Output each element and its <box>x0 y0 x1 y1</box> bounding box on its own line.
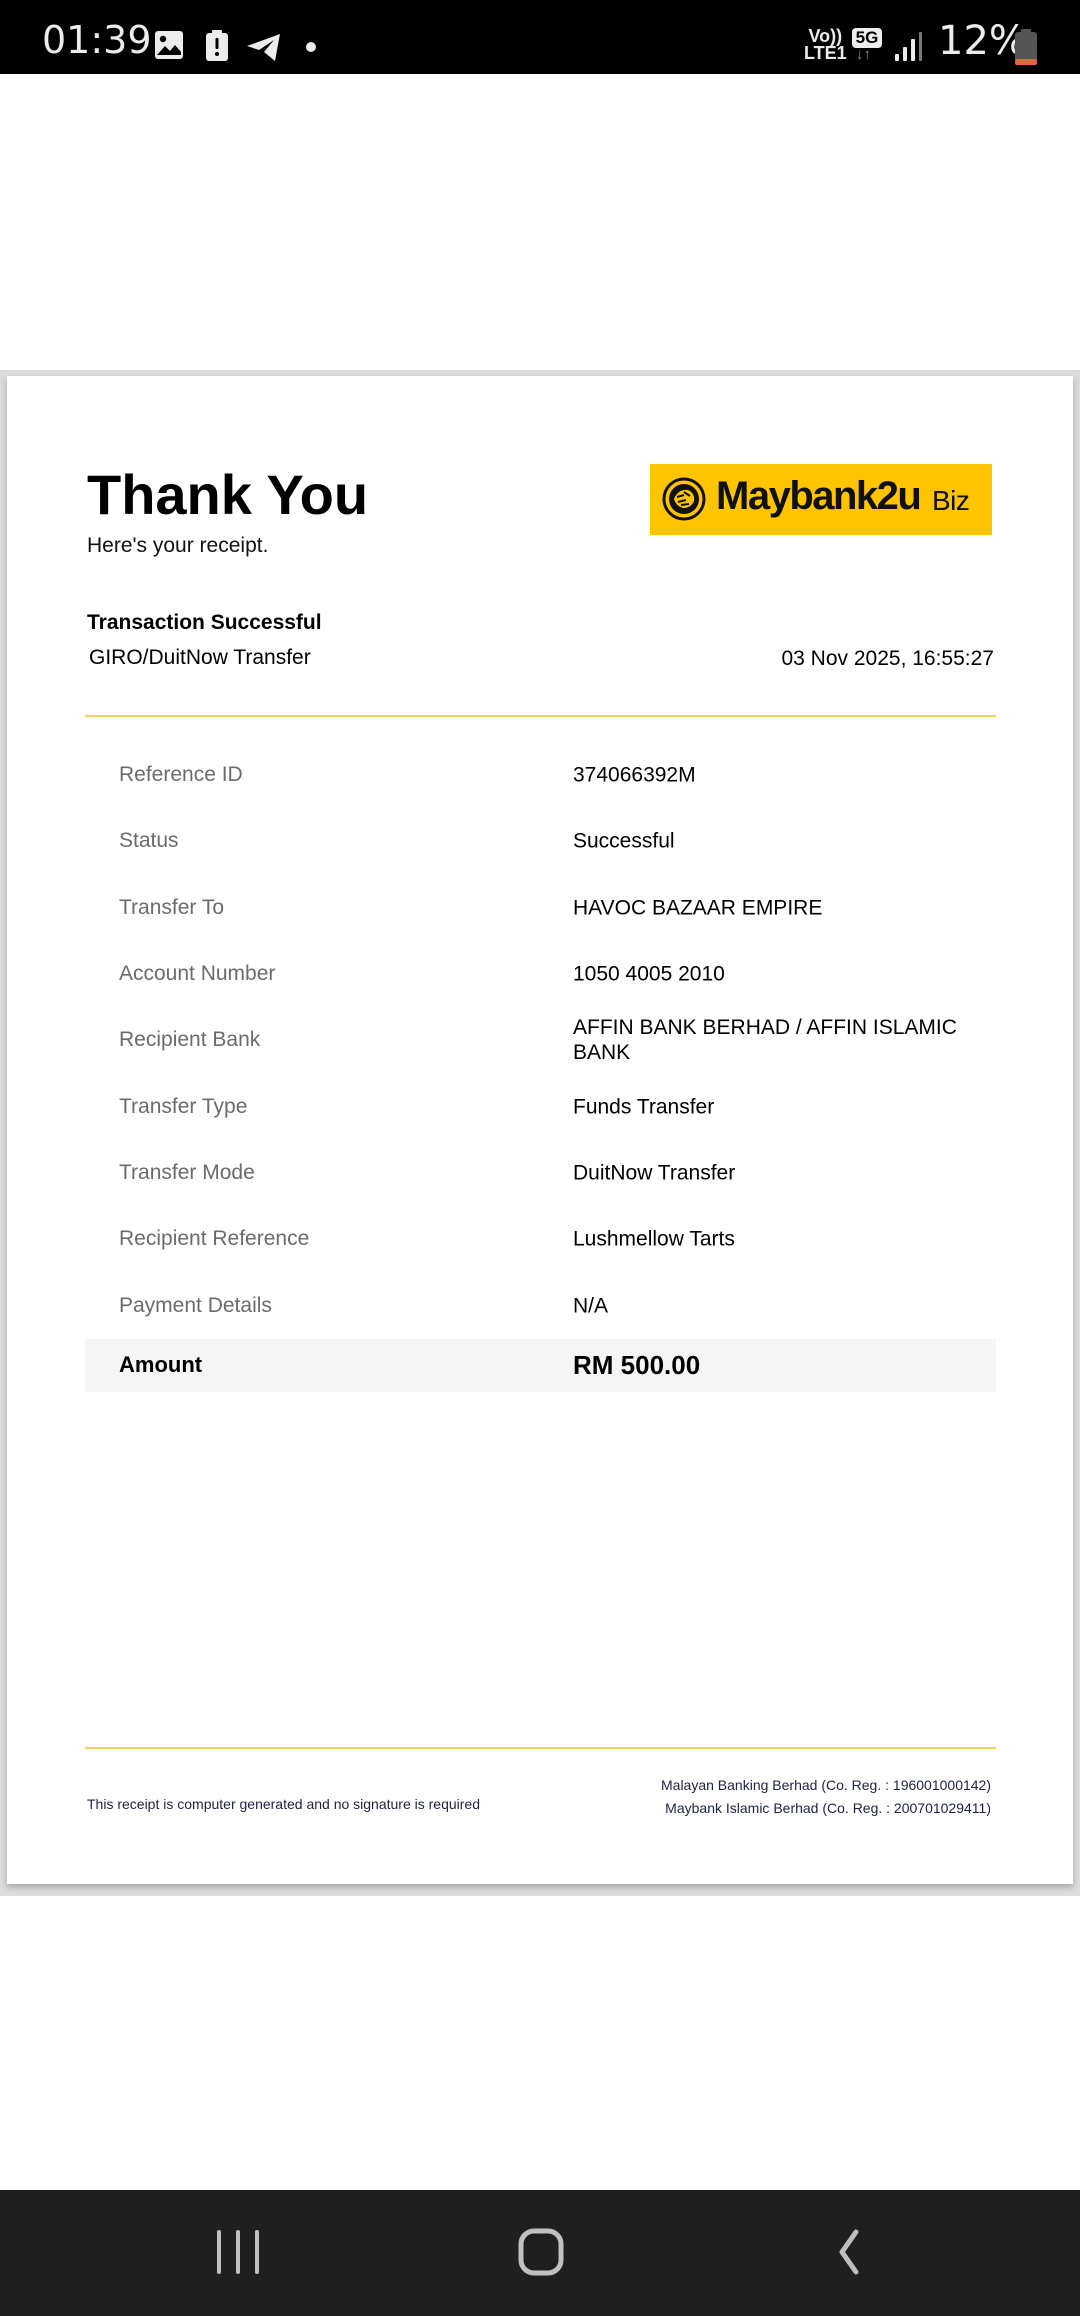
detail-row-transfer-mode: Transfer Mode DuitNow Transfer <box>85 1140 996 1206</box>
detail-value: Lushmellow Tarts <box>573 1227 983 1252</box>
detail-value: 1050 4005 2010 <box>573 962 983 987</box>
recents-button[interactable] <box>178 2190 298 2316</box>
detail-row-transfer-type: Transfer Type Funds Transfer <box>85 1073 996 1139</box>
detail-value: HAVOC BAZAAR EMPIRE <box>573 895 983 920</box>
footer-company-info: Malayan Banking Berhad (Co. Reg. : 19600… <box>661 1774 991 1820</box>
detail-label: Account Number <box>119 962 275 986</box>
transaction-type: GIRO/DuitNow Transfer <box>89 646 311 670</box>
detail-value: Funds Transfer <box>573 1094 983 1119</box>
detail-value: 374066392M <box>573 763 983 788</box>
detail-value: AFFIN BANK BERHAD / AFFIN ISLAMIC BANK <box>573 1015 983 1065</box>
amount-label: Amount <box>119 1352 202 1378</box>
detail-label: Transfer Mode <box>119 1161 255 1185</box>
navigation-bar <box>0 2190 1080 2316</box>
transaction-datetime: 03 Nov 2025, 16:55:27 <box>781 647 994 671</box>
page-subtitle: Here's your receipt. <box>87 534 268 558</box>
details-table: Reference ID 374066392M Status Successfu… <box>85 742 996 1339</box>
detail-row-status: Status Successful <box>85 808 996 874</box>
page-title: Thank You <box>87 462 368 527</box>
home-button[interactable] <box>481 2190 601 2316</box>
battery-alert-icon <box>205 30 229 67</box>
detail-label: Recipient Reference <box>119 1227 309 1251</box>
detail-label: Reference ID <box>119 763 243 787</box>
back-button[interactable] <box>785 2190 905 2316</box>
telegram-icon <box>246 32 282 67</box>
recents-icon <box>178 2303 298 2316</box>
data-activity-icon: ↓↑ <box>856 48 871 62</box>
detail-row-transfer-to: Transfer To HAVOC BAZAAR EMPIRE <box>85 875 996 941</box>
company-registration-2: Maybank Islamic Berhad (Co. Reg. : 20070… <box>661 1797 991 1820</box>
home-icon <box>481 2303 601 2316</box>
footer-disclaimer: This receipt is computer generated and n… <box>87 1796 480 1812</box>
detail-row-account-number: Account Number 1050 4005 2010 <box>85 941 996 1007</box>
detail-value: N/A <box>573 1293 983 1318</box>
clock: 01:39 <box>42 18 152 62</box>
detail-label: Transfer To <box>119 896 224 920</box>
divider-bottom <box>85 1747 996 1749</box>
detail-label: Status <box>119 829 179 853</box>
detail-label: Payment Details <box>119 1294 272 1318</box>
network-type-badge: 5G <box>852 28 882 48</box>
company-registration-1: Malayan Banking Berhad (Co. Reg. : 19600… <box>661 1774 991 1797</box>
detail-row-payment-details: Payment Details N/A <box>85 1272 996 1338</box>
detail-value: Successful <box>573 829 983 854</box>
amount-row: Amount RM 500.00 <box>85 1339 996 1392</box>
logo-suffix: Biz <box>932 485 969 517</box>
volte-indicator: Vo)) LTE1 <box>804 28 847 62</box>
detail-row-reference-id: Reference ID 374066392M <box>85 742 996 808</box>
signal-bars-icon <box>894 30 924 67</box>
detail-label: Transfer Type <box>119 1095 247 1119</box>
battery-icon <box>1014 29 1038 70</box>
notification-dot-icon <box>305 40 317 58</box>
maybank2u-biz-logo: Maybank2u Biz <box>650 464 992 535</box>
divider-top <box>85 715 996 717</box>
tiger-emblem-icon <box>662 477 706 521</box>
detail-label: Recipient Bank <box>119 1028 260 1052</box>
amount-value: RM 500.00 <box>573 1350 700 1381</box>
gallery-icon <box>154 30 184 65</box>
detail-row-recipient-reference: Recipient Reference Lushmellow Tarts <box>85 1206 996 1272</box>
detail-value: DuitNow Transfer <box>573 1160 983 1185</box>
back-icon <box>785 2303 905 2316</box>
detail-row-recipient-bank: Recipient Bank AFFIN BANK BERHAD / AFFIN… <box>85 1007 996 1073</box>
status-bar: 01:39 Vo)) LTE1 5G ↓↑ 12% <box>0 0 1080 74</box>
logo-brand: Maybank2u <box>716 474 920 519</box>
transaction-status: Transaction Successful <box>87 611 322 635</box>
